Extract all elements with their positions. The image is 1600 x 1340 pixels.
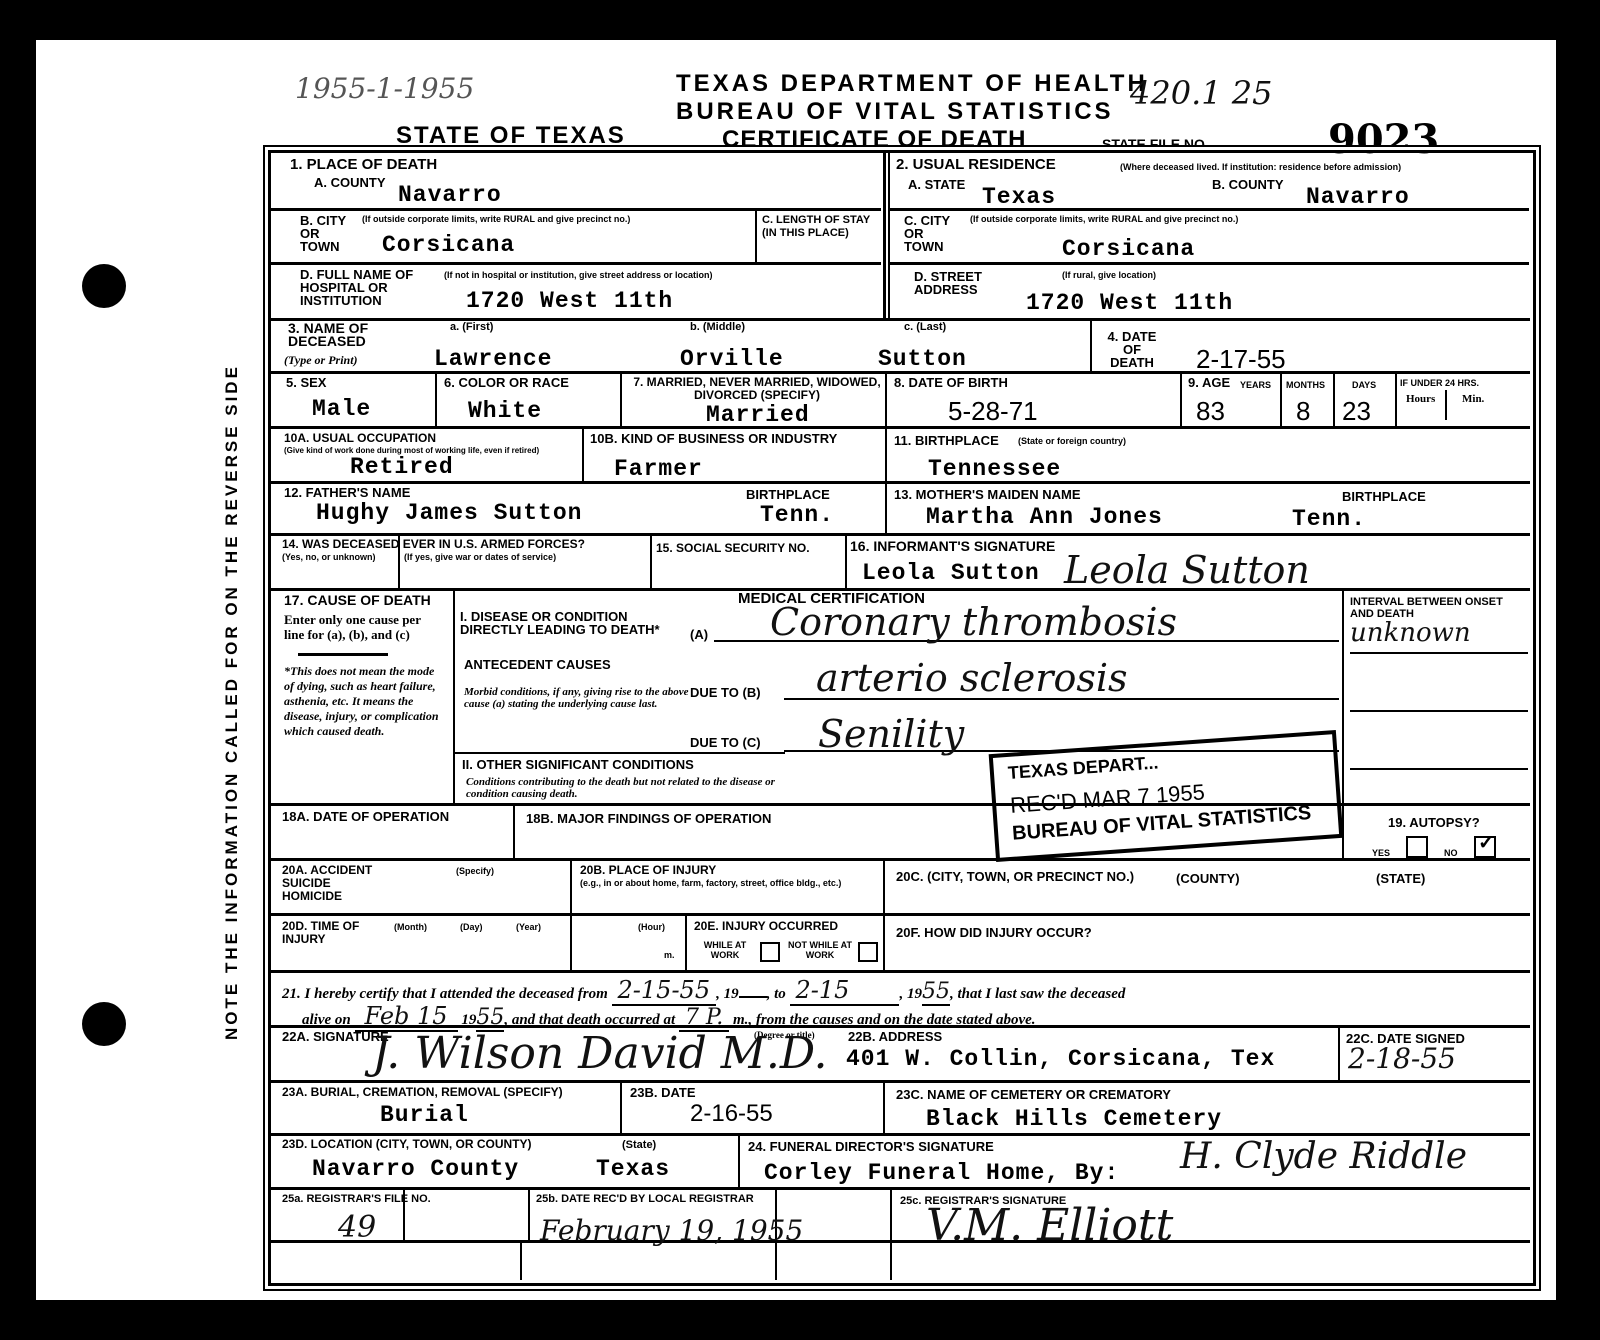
age-under-label: IF UNDER 24 HRS.	[1400, 378, 1479, 388]
injury-hour-label: (Hour)	[638, 922, 665, 932]
sex-label: 5. SEX	[286, 376, 326, 389]
informant-signature: Leola Sutton	[1064, 548, 1310, 592]
burial-state-label: (State)	[622, 1140, 656, 1150]
father-birthplace-value: Tenn.	[760, 502, 834, 528]
cause-c-label: DUE TO (c)	[690, 736, 761, 749]
certify-line2: alive on Feb 15 1955, and that death occ…	[302, 1002, 1036, 1030]
state-title: STATE OF TEXAS	[396, 122, 626, 150]
informant-typed-name: Leola Sutton	[862, 560, 1040, 586]
father-name-value: Hughy James Sutton	[316, 500, 582, 526]
cause-a-value: Coronary thrombosis	[770, 600, 1177, 644]
cause-a-label: (a)	[690, 628, 708, 641]
cause-label: 17. CAUSE OF DEATH	[284, 594, 431, 607]
res-county-label: b. COUNTY	[1212, 178, 1284, 191]
age-months-value: 8	[1296, 396, 1310, 427]
age-label: 9. AGE	[1188, 376, 1230, 389]
age-min-label: Min.	[1462, 394, 1484, 404]
injury-month-label: (Month)	[394, 922, 427, 932]
middle-name-value: Orville	[680, 346, 784, 372]
physician-address-value: 401 W. Collin, Corsicana, Tex	[846, 1046, 1275, 1072]
dept-line2: BUREAU OF VITAL STATISTICS	[676, 98, 1114, 126]
antecedent-label: ANTECEDENT CAUSES	[464, 658, 611, 671]
cause-instructions: Enter only one cause per line for (a), (…	[284, 612, 444, 642]
dept-line1: TEXAS DEPARTMENT OF HEALTH	[676, 70, 1148, 98]
autopsy-yes-checkbox[interactable]	[1406, 836, 1428, 858]
handwritten-file-ref: 1955-1-1955	[295, 72, 474, 105]
part2-label: II. OTHER SIGNIFICANT CONDITIONS	[462, 758, 694, 771]
age-years-label: YEARS	[1240, 380, 1271, 390]
res-street-value: 1720 West 11th	[1026, 290, 1233, 316]
injury-how-label: 20f. HOW DID INJURY OCCUR?	[896, 926, 1092, 939]
last-name-label: c. (Last)	[904, 322, 946, 332]
punch-hole	[82, 1002, 126, 1046]
burial-date-label: 23b. DATE	[630, 1086, 696, 1099]
res-city-label: c. CITY OR TOWN	[904, 214, 964, 253]
res-county-value: Navarro	[1306, 184, 1410, 210]
hospital-label: d. FULL NAME OF HOSPITAL OR INSTITUTION	[300, 268, 440, 307]
injury-state-label: (STATE)	[1376, 872, 1425, 885]
dob-value: 5-28-71	[948, 396, 1038, 427]
antecedent-note: Morbid conditions, if any, giving rise t…	[464, 686, 689, 710]
part2-note: Conditions contributing to the death but…	[466, 776, 796, 800]
interval-value: unknown	[1350, 618, 1471, 648]
father-name-label: 12. FATHER'S NAME	[284, 486, 410, 499]
punch-hole	[82, 264, 126, 308]
occupation-label: 10a. USUAL OCCUPATION	[284, 432, 436, 445]
registrar-file-value: 49	[338, 1210, 376, 1245]
divider	[298, 653, 388, 656]
handwritten-code: 420.1 25	[1130, 74, 1273, 112]
part1-label: I. DISEASE OR CONDITION DIRECTLY LEADING…	[460, 610, 690, 636]
death-city-value: Corsicana	[382, 232, 515, 258]
first-name-value: Lawrence	[434, 346, 552, 372]
race-label: 6. COLOR OR RACE	[444, 376, 569, 389]
registrar-date-value: February 19, 1955	[540, 1214, 803, 1247]
date-signed-value: 2-18-55	[1348, 1042, 1456, 1075]
autopsy-yes-label: YES	[1372, 848, 1390, 858]
autopsy-no-checkbox[interactable]: ✓	[1474, 836, 1496, 858]
birthplace-label: 11. BIRTHPLACE	[894, 434, 999, 447]
autopsy-no-label: NO	[1444, 848, 1458, 858]
first-name-label: a. (First)	[450, 322, 493, 332]
date-of-death-value: 2-17-55	[1196, 344, 1286, 375]
death-city-note: (If outside corporate limits, write RURA…	[362, 214, 746, 224]
autopsy-label: 19. AUTOPSY?	[1388, 816, 1480, 829]
age-months-label: MONTHS	[1286, 380, 1325, 390]
hospital-value: 1720 West 11th	[466, 288, 673, 314]
industry-value: Farmer	[614, 456, 703, 482]
check-mark-icon: ✓	[1478, 830, 1495, 855]
mother-name-label: 13. MOTHER'S MAIDEN NAME	[894, 488, 1081, 501]
injury-place-note: (e.g., in or about home, farm, factory, …	[580, 878, 880, 888]
funeral-director-label: 24. FUNERAL DIRECTOR'S SIGNATURE	[748, 1140, 994, 1153]
registrar-date-label: 25b. DATE REC'D BY LOCAL REGISTRAR	[536, 1194, 754, 1204]
injury-m-label: m.	[664, 950, 675, 960]
age-days-value: 23	[1342, 396, 1371, 427]
armed-forces-note-a: (Yes, no, or unknown)	[282, 552, 376, 562]
usual-residence-label: 2. USUAL RESIDENCE	[896, 158, 1056, 171]
injury-county-label: (COUNTY)	[1176, 872, 1240, 885]
usual-residence-note: (Where deceased lived. If institution: r…	[1120, 162, 1480, 172]
burial-location-value: Navarro County	[312, 1156, 519, 1182]
industry-label: 10b. KIND OF BUSINESS OR INDUSTRY	[590, 432, 837, 445]
cause-b-value: arterio sclerosis	[816, 656, 1127, 700]
middle-name-label: b. (Middle)	[690, 322, 745, 332]
age-hours-label: Hours	[1406, 394, 1435, 404]
res-city-note: (If outside corporate limits, write RURA…	[970, 214, 1238, 224]
res-street-note: (If rural, give location)	[1062, 270, 1156, 280]
injury-year-label: (Year)	[516, 922, 541, 932]
birthplace-value: Tennessee	[928, 456, 1061, 482]
at-work-checkbox[interactable]	[760, 942, 780, 962]
mother-birthplace-value: Tenn.	[1292, 506, 1366, 532]
informant-label: 16. INFORMANT'S SIGNATURE	[850, 540, 1055, 553]
sex-value: Male	[312, 396, 371, 422]
res-city-value: Corsicana	[1062, 236, 1195, 262]
occupation-value: Retired	[350, 454, 454, 480]
armed-forces-note-b: (If yes, give war or dates of service)	[404, 552, 556, 562]
ssn-label: 15. SOCIAL SECURITY NO.	[656, 542, 810, 555]
injury-day-label: (Day)	[460, 922, 483, 932]
burial-type-value: Burial	[380, 1102, 469, 1128]
injury-type-note: (Specify)	[456, 866, 494, 876]
not-at-work-checkbox[interactable]	[858, 942, 878, 962]
injury-time-label: 20d. TIME OF INJURY	[282, 920, 362, 946]
res-street-label: d. STREET ADDRESS	[914, 270, 1004, 296]
armed-forces-label: 14. WAS DECEASED EVER IN U.S. ARMED FORC…	[282, 538, 585, 551]
physician-signature: J. Wilson David M.D.	[372, 1028, 828, 1079]
injury-type-label: 20a. ACCIDENT SUICIDE HOMICIDE	[282, 864, 392, 903]
certify-line1: 21. I hereby certify that I attended the…	[282, 976, 1125, 1004]
hospital-note: (If not in hospital or institution, give…	[444, 270, 713, 280]
age-years-value: 83	[1196, 396, 1225, 427]
res-state-label: a. STATE	[908, 178, 965, 191]
reverse-side-note: NOTE THE INFORMATION CALLED FOR ON THE R…	[222, 364, 242, 1040]
deceased-name-label: 3. NAME OF DECEASED	[288, 322, 398, 348]
operation-findings-label: 18b. MAJOR FINDINGS OF OPERATION	[526, 812, 771, 825]
registrar-signature: V.M. Elliott	[926, 1200, 1173, 1251]
burial-location-label: 23d. LOCATION (City, town, or county)	[282, 1138, 532, 1151]
injury-occurred-label: 20e. INJURY OCCURRED	[694, 920, 838, 933]
at-work-label: WHILE AT WORK	[694, 940, 756, 960]
cause-b-label: DUE TO (b)	[690, 686, 761, 699]
burial-state-value: Texas	[596, 1156, 670, 1182]
death-county-label: a. COUNTY	[314, 176, 386, 189]
interval-label: INTERVAL BETWEEN ONSET AND DEATH	[1350, 596, 1510, 620]
cause-footnote: *This does not mean the mode of dying, s…	[284, 664, 444, 739]
mother-birthplace-label: BIRTHPLACE	[1342, 490, 1426, 503]
marital-value: Married	[706, 402, 810, 428]
dob-label: 8. DATE OF BIRTH	[894, 376, 1008, 389]
age-days-label: DAYS	[1352, 380, 1376, 390]
place-of-death-label: 1. PLACE OF DEATH	[290, 158, 437, 171]
funeral-director-value: Corley Funeral Home, By:	[764, 1160, 1119, 1186]
race-value: White	[468, 398, 542, 424]
cemetery-value: Black Hills Cemetery	[926, 1106, 1222, 1132]
injury-location-label: 20c. (CITY, TOWN, OR PRECINCT NO.)	[896, 870, 1134, 883]
registrar-file-label: 25a. REGISTRAR'S FILE NO.	[282, 1194, 431, 1204]
not-at-work-label: NOT WHILE AT WORK	[784, 940, 856, 960]
deceased-name-note: (Type or Print)	[284, 354, 358, 367]
burial-type-label: 23a. BURIAL, CREMATION, REMOVAL (Specify…	[282, 1086, 563, 1099]
cemetery-label: 23c. NAME OF CEMETERY OR CREMATORY	[896, 1088, 1171, 1101]
funeral-director-signature: H. Clyde Riddle	[1180, 1136, 1467, 1177]
birthplace-note: (State or foreign country)	[1018, 436, 1126, 446]
mother-name-value: Martha Ann Jones	[926, 504, 1163, 530]
death-county-value: Navarro	[398, 182, 502, 208]
date-of-death-label: 4. DATE OF DEATH	[1100, 330, 1164, 369]
physician-address-label: 22b. ADDRESS	[848, 1030, 942, 1043]
burial-date-value: 2-16-55	[690, 1100, 773, 1128]
last-name-value: Sutton	[878, 346, 967, 372]
stamp-line1: TEXAS DEPART...	[1007, 752, 1159, 783]
marital-label: 7. MARRIED, NEVER MARRIED, WIDOWED, DIVO…	[632, 376, 882, 402]
cause-c-value: Senility	[818, 712, 964, 756]
death-city-label: b. CITY OR TOWN	[300, 214, 360, 253]
father-birthplace-label: BIRTHPLACE	[746, 488, 830, 501]
injury-place-label: 20b. PLACE OF INJURY	[580, 864, 716, 877]
res-state-value: Texas	[982, 184, 1056, 210]
operation-date-label: 18a. DATE OF OPERATION	[282, 810, 449, 823]
length-of-stay-label: c. LENGTH OF STAY (in this place)	[762, 214, 878, 240]
